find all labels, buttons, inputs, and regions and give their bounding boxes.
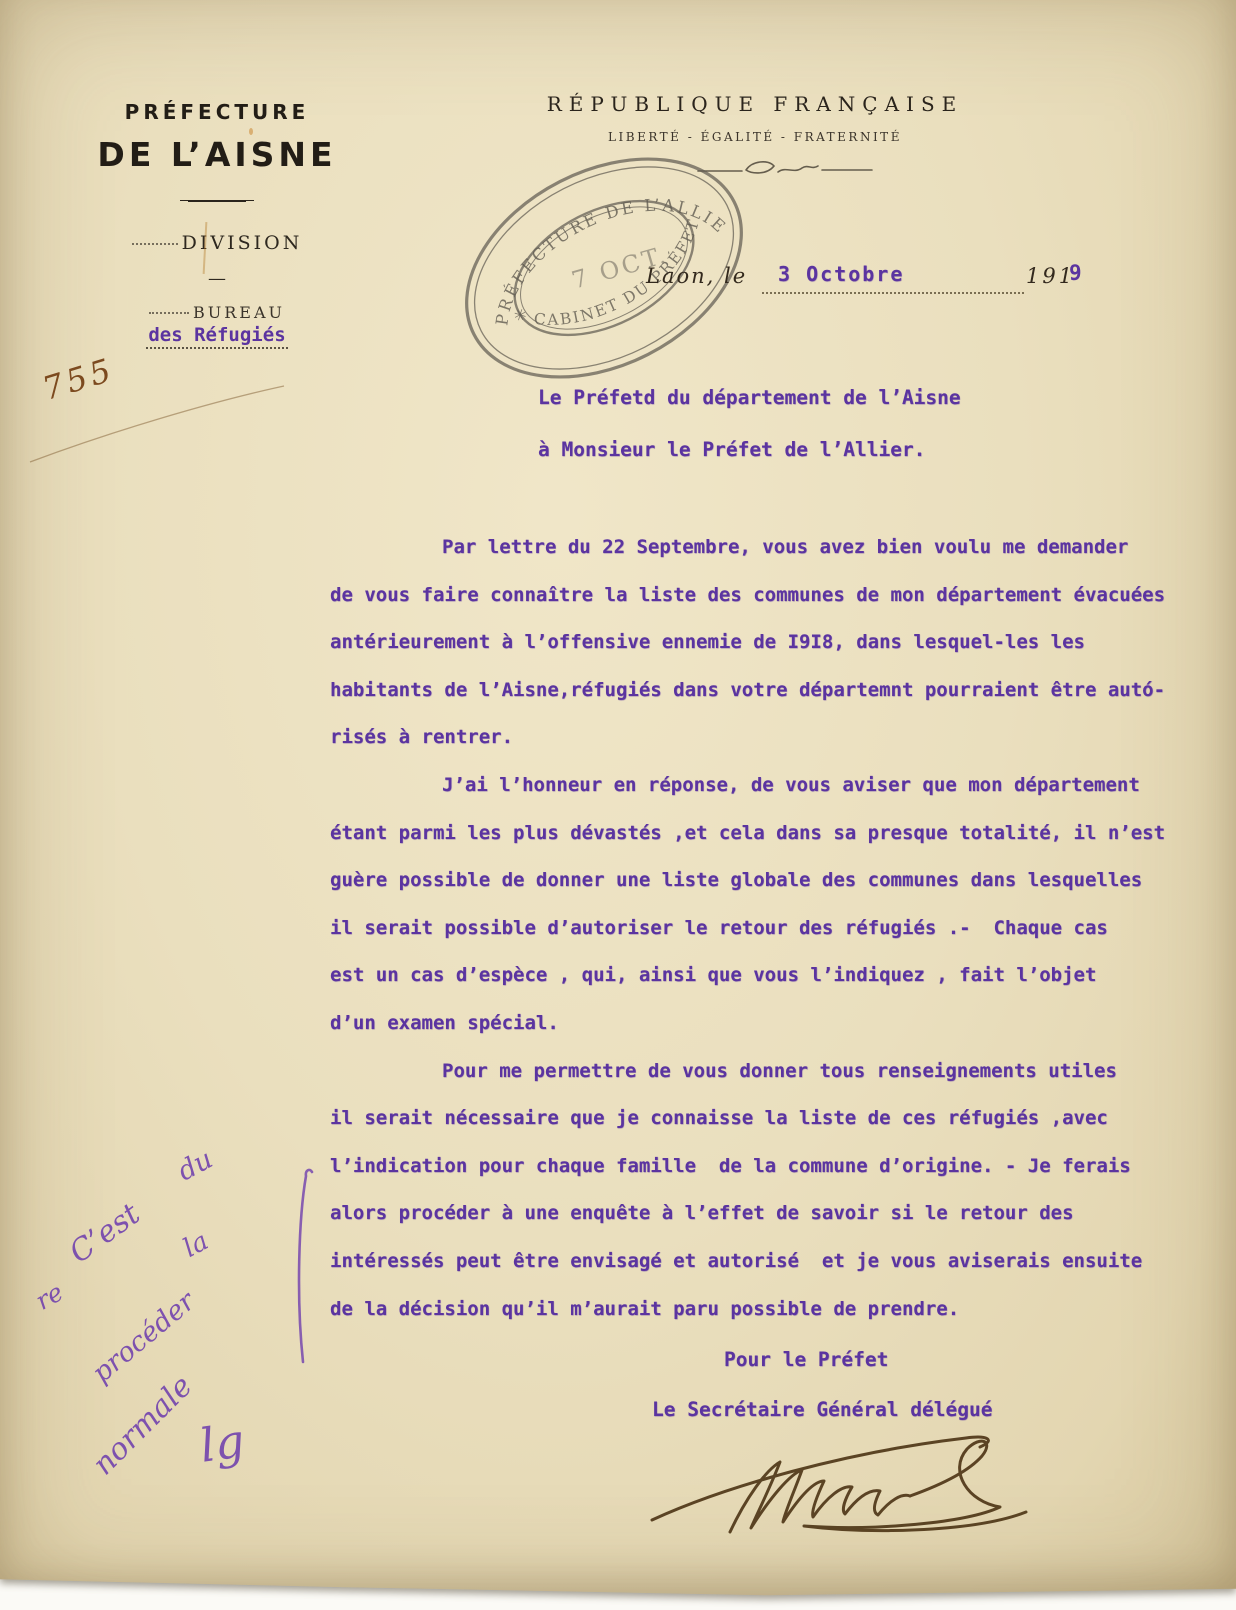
body-line: est un cas d’espèce , qui, ainsi que vou… bbox=[330, 952, 1222, 1000]
letter-body: Par lettre du 22 Septembre, vous avez bi… bbox=[330, 524, 1222, 1333]
recipient-line-1: Le Préfetd du département de l’Aisne bbox=[538, 386, 961, 409]
recipient-line-2: à Monsieur le Préfet de l’Allier. bbox=[538, 438, 961, 461]
body-line: il serait possible d’autoriser le retour… bbox=[330, 905, 1222, 953]
letterhead-right: RÉPUBLIQUE FRANÇAISE LIBERTÉ - ÉGALITÉ -… bbox=[520, 92, 990, 144]
paper-speck bbox=[249, 128, 253, 135]
margin-note-fragment: du bbox=[173, 1144, 218, 1188]
margin-note-fragment: re bbox=[31, 1277, 69, 1315]
body-line: alors procéder à une enquête à l’effet d… bbox=[330, 1190, 1222, 1238]
body-line: intéressés peut être envisagé et autoris… bbox=[330, 1238, 1222, 1286]
dateline-typed-year-digit: 9 bbox=[1069, 261, 1082, 285]
closing-pour-le-prefet: Pour le Préfet bbox=[724, 1348, 888, 1371]
folio-underline-scratch bbox=[0, 0, 320, 480]
body-line: de vous faire connaître la liste des com… bbox=[330, 572, 1222, 620]
dateline-printed-year: 191 bbox=[1026, 264, 1075, 288]
recipient-block: Le Préfetd du département de l’Aisne à M… bbox=[538, 386, 961, 461]
margin-bracket-line bbox=[292, 1168, 316, 1368]
paper-sheet: PRÉFECTURE DE L’AISNE DIVISION — BUREAU … bbox=[0, 0, 1236, 1600]
paper-sheet-wrap: PRÉFECTURE DE L’AISNE DIVISION — BUREAU … bbox=[0, 0, 1236, 1610]
body-line: l’indication pour chaque famille de la c… bbox=[330, 1143, 1222, 1191]
ink-signature bbox=[636, 1414, 1036, 1554]
body-line: habitants de l’Aisne,réfugiés dans votre… bbox=[330, 667, 1222, 715]
margin-note-fragment: procéder bbox=[87, 1286, 202, 1389]
body-line: guère possible de donner une liste globa… bbox=[330, 857, 1222, 905]
body-line: J’ai l’honneur en réponse, de vous avise… bbox=[330, 762, 1222, 810]
body-line: risés à rentrer. bbox=[330, 714, 1222, 762]
body-line: d’un examen spécial. bbox=[330, 1000, 1222, 1048]
body-line: de la décision qu’il m’aurait paru possi… bbox=[330, 1286, 1222, 1334]
body-line: Pour me permettre de vous donner tous re… bbox=[330, 1048, 1222, 1096]
republique-title: RÉPUBLIQUE FRANÇAISE bbox=[520, 92, 990, 116]
dateline-place: Laon, le bbox=[646, 264, 747, 288]
body-line: il serait nécessaire que je connaisse la… bbox=[330, 1095, 1222, 1143]
republique-motto: LIBERTÉ - ÉGALITÉ - FRATERNITÉ bbox=[520, 130, 990, 144]
scanned-letter-page: PRÉFECTURE DE L’AISNE DIVISION — BUREAU … bbox=[0, 0, 1236, 1610]
body-line: Par lettre du 22 Septembre, vous avez bi… bbox=[330, 524, 1222, 572]
body-line: étant parmi les plus dévastés ,et cela d… bbox=[330, 810, 1222, 858]
dateline-typed-date: 3 Octobre bbox=[778, 262, 904, 286]
body-line: antérieurement à l’offensive ennemie de … bbox=[330, 619, 1222, 667]
margin-note-fragment: C’est bbox=[63, 1197, 146, 1271]
margin-note-fragment: la bbox=[178, 1226, 213, 1264]
margin-flourish: lg bbox=[196, 1413, 247, 1473]
